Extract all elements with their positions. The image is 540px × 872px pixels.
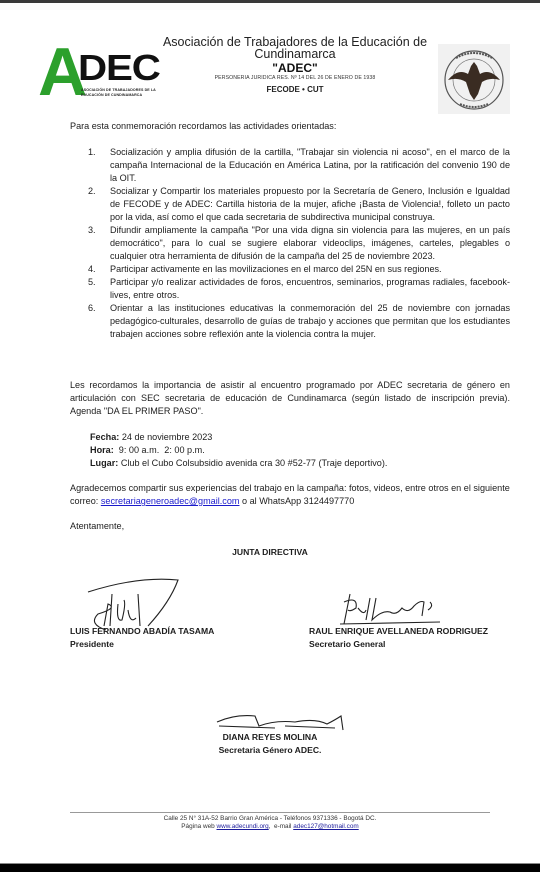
activity-number: 3. bbox=[88, 224, 96, 237]
activity-text: Participar activamente en las movilizaci… bbox=[110, 264, 442, 274]
event-time: Hora: 9: 00 a.m. 2: 00 p.m. bbox=[90, 444, 490, 457]
logo-letters-dec: DEC bbox=[78, 50, 160, 86]
closing: Atentamente, bbox=[70, 520, 124, 533]
activities-list: 1.Socialización y amplia difusión de la … bbox=[88, 146, 510, 341]
org-name: Asociación de Trabajadores de la Educaci… bbox=[150, 36, 440, 60]
signer-role: Secretaria Género ADEC. bbox=[0, 744, 540, 757]
footer-email-link[interactable]: adec127@hotmail.com bbox=[293, 823, 358, 830]
signature-secretary-icon bbox=[330, 590, 450, 630]
time-label: Hora: bbox=[90, 445, 114, 455]
signer-role: Secretario General bbox=[309, 638, 488, 651]
date-label: Fecha: bbox=[90, 432, 119, 442]
signature-block-gender-secretary: DIANA REYES MOLINA Secretaria Género ADE… bbox=[0, 731, 540, 756]
activity-number: 1. bbox=[88, 146, 96, 159]
event-details: Fecha: 24 de noviembre 2023 Hora: 9: 00 … bbox=[90, 431, 490, 470]
top-frame-edge bbox=[0, 0, 540, 3]
signer-name: LUIS FERNANDO ABADÍA TASAMA bbox=[70, 625, 214, 638]
activity-text: Orientar a las instituciones educativas … bbox=[110, 303, 510, 339]
activity-item: 5.Participar y/o realizar actividades de… bbox=[88, 276, 510, 302]
reminder-paragraph: Les recordamos la importancia de asistir… bbox=[70, 379, 510, 418]
legal-registration: PERSONERIA JURIDICA RES. Nº 14 DEL 26 DE… bbox=[150, 75, 440, 81]
activity-text: Difundir ampliamente la campaña "Por una… bbox=[110, 225, 510, 261]
contact-email-link[interactable]: secretariageneroadec@gmail.com bbox=[101, 496, 240, 506]
date-value: 24 de noviembre 2023 bbox=[119, 432, 212, 442]
activity-item: 6.Orientar a las instituciones educativa… bbox=[88, 302, 510, 341]
thanks-whatsapp: o al WhatsApp 3124497770 bbox=[239, 496, 354, 506]
signer-name: RAUL ENRIQUE AVELLANEDA RODRIGUEZ bbox=[309, 625, 488, 638]
activity-text: Socialización y amplia difusión de la ca… bbox=[110, 147, 510, 183]
footer-divider bbox=[70, 812, 490, 813]
signer-role: Presidente bbox=[70, 638, 214, 651]
activity-text: Socializar y Compartir los materiales pr… bbox=[110, 186, 510, 222]
eagle-seal-icon bbox=[438, 44, 510, 114]
intro-text: Para esta conmemoración recordamos las a… bbox=[70, 120, 510, 133]
activity-number: 6. bbox=[88, 302, 96, 315]
website-link[interactable]: www.adecundi.org bbox=[216, 823, 268, 830]
activity-number: 5. bbox=[88, 276, 96, 289]
bottom-frame-edge bbox=[0, 864, 540, 872]
signature-block-secretary-general: RAUL ENRIQUE AVELLANEDA RODRIGUEZ Secret… bbox=[309, 625, 488, 650]
activity-number: 4. bbox=[88, 263, 96, 276]
email-label: , e-mail bbox=[269, 823, 294, 830]
signer-name: DIANA REYES MOLINA bbox=[0, 731, 540, 744]
footer-address: Calle 25 N° 31A-52 Barrio Gran América -… bbox=[0, 815, 540, 823]
activity-text: Participar y/o realizar actividades de f… bbox=[110, 277, 510, 300]
place-label: Lugar: bbox=[90, 458, 118, 468]
activity-number: 2. bbox=[88, 185, 96, 198]
org-short-name: "ADEC" bbox=[150, 61, 440, 75]
signature-block-president: LUIS FERNANDO ABADÍA TASAMA Presidente bbox=[70, 625, 214, 650]
event-place: Lugar: Club el Cubo Colsubsidio avenida … bbox=[90, 457, 490, 470]
thanks-paragraph: Agradecemos compartir sus experiencias d… bbox=[70, 482, 510, 508]
affiliation: FECODE • CUT bbox=[150, 85, 440, 94]
activity-item: 3.Difundir ampliamente la campaña "Por u… bbox=[88, 224, 510, 263]
logo-subtitle: ASOCIACIÓN DE TRABAJADORES DE LA EDUCACI… bbox=[81, 88, 159, 97]
web-label: Página web bbox=[181, 823, 216, 830]
footer-contacts: Página web www.adecundi.org, e-mail adec… bbox=[0, 823, 540, 831]
activity-item: 1.Socialización y amplia difusión de la … bbox=[88, 146, 510, 185]
board-title: JUNTA DIRECTIVA bbox=[0, 546, 540, 559]
seal-icon bbox=[438, 44, 510, 114]
event-date: Fecha: 24 de noviembre 2023 bbox=[90, 431, 490, 444]
place-value: Club el Cubo Colsubsidio avenida cra 30 … bbox=[118, 458, 387, 468]
adec-logo: A DEC ASOCIACIÓN DE TRABAJADORES DE LA E… bbox=[38, 44, 158, 100]
activity-item: 4.Participar activamente en las moviliza… bbox=[88, 263, 510, 276]
time-value: 9: 00 a.m. 2: 00 p.m. bbox=[114, 445, 205, 455]
activity-item: 2.Socializar y Compartir los materiales … bbox=[88, 185, 510, 224]
